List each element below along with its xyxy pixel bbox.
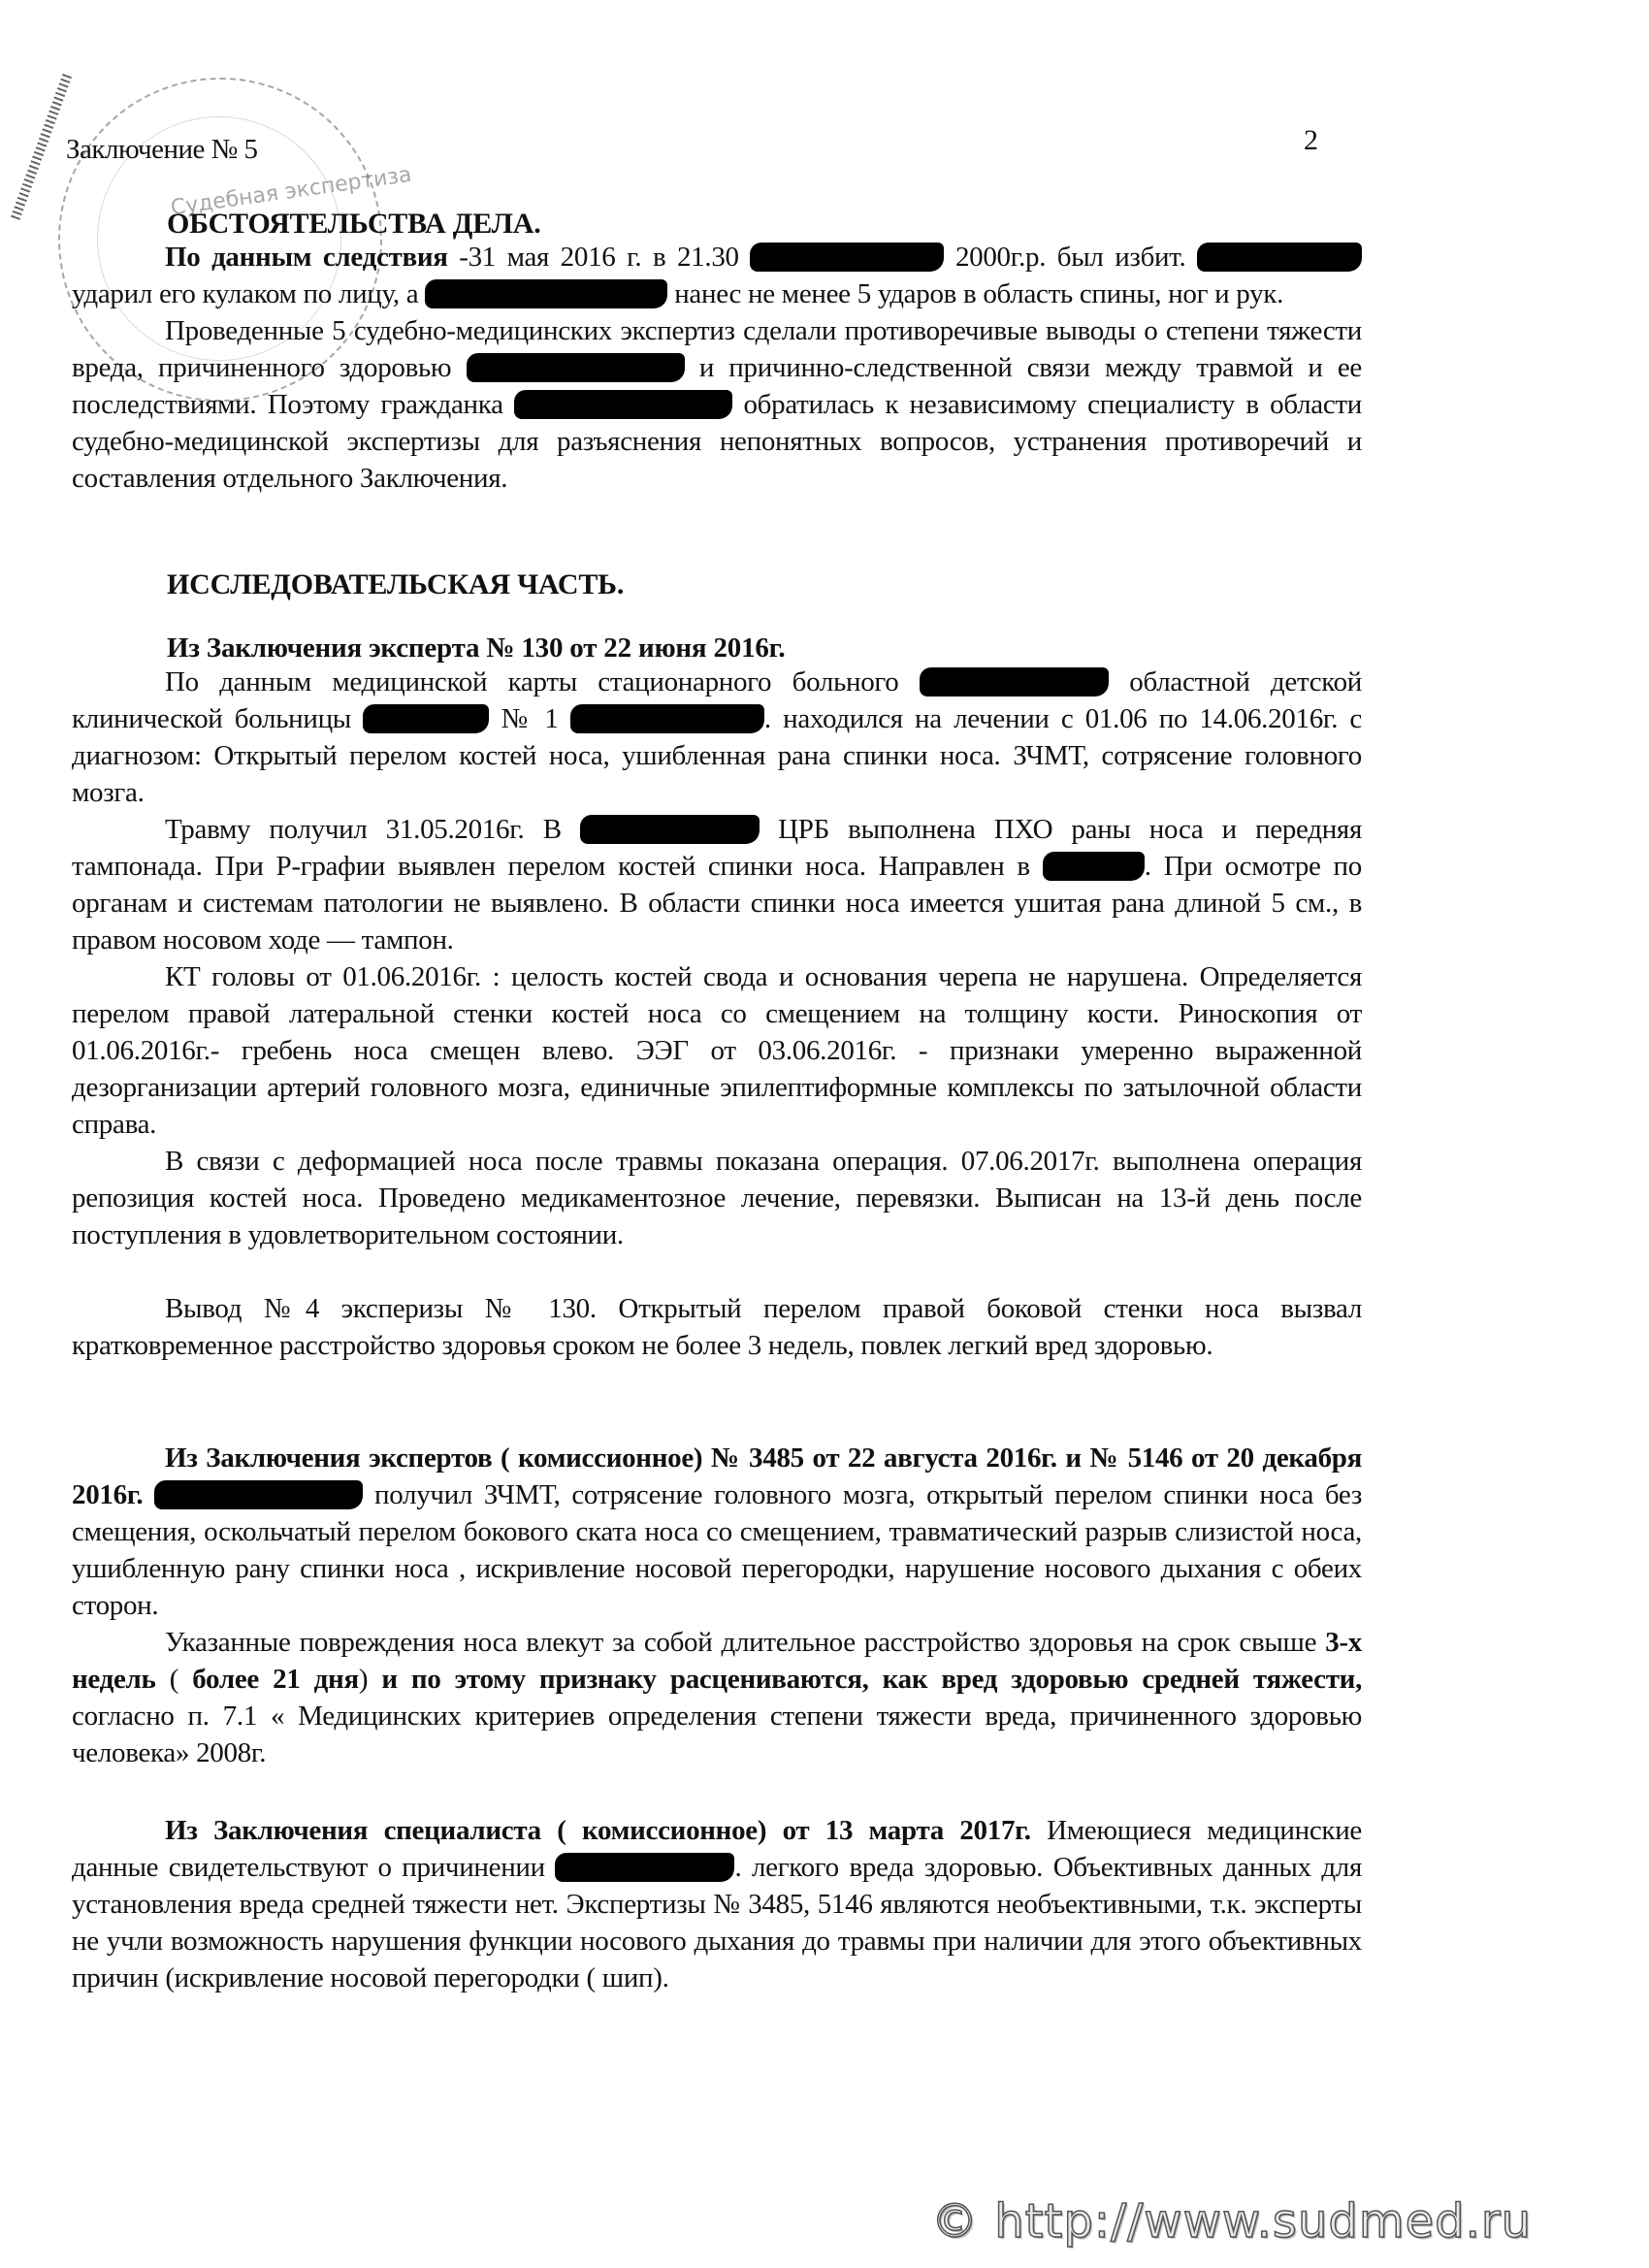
circumstances-body: По данным следствия -31 мая 2016 г. в 21… <box>72 239 1362 497</box>
specialist-paragraph: Из Заключения специалиста ( комиссионное… <box>72 1812 1362 1996</box>
circumstances-paragraph-2: Проведенные 5 судебно-медицинских экспер… <box>72 312 1362 497</box>
section-heading-circumstances: ОБСТОЯТЕЛЬСТВА ДЕЛА. <box>167 208 541 241</box>
expert-130-paragraph-2: Травму получил 31.05.2016г. В ЦРБ выполн… <box>72 811 1362 958</box>
redacted-name <box>154 1480 363 1509</box>
redacted-name <box>467 353 685 382</box>
redacted-place <box>580 815 760 844</box>
redacted-name <box>570 704 764 733</box>
expert-130-paragraph-1: По данным медицинской карты стационарног… <box>72 664 1362 811</box>
specialist-body: Из Заключения специалиста ( комиссионное… <box>72 1812 1362 1996</box>
redacted-name <box>363 704 489 733</box>
document-header-title: Заключение № 5 <box>66 134 258 166</box>
circumstances-paragraph-1: По данным следствия -31 мая 2016 г. в 21… <box>72 239 1362 312</box>
commission-paragraph-1: Из Заключения экспертов ( комиссионное) … <box>72 1440 1362 1624</box>
commission-body: Из Заключения экспертов ( комиссионное) … <box>72 1440 1362 1771</box>
specialist-subheading: Из Заключения специалиста ( комиссионное… <box>165 1815 1031 1846</box>
lead-text: По данным следствия <box>165 242 448 273</box>
subheading-expert-130: Из Заключения эксперта № 130 от 22 июня … <box>167 632 785 664</box>
redacted-name <box>555 1853 734 1882</box>
expert-130-paragraph-3: КТ головы от 01.06.2016г. : целость кост… <box>72 958 1362 1143</box>
redacted-name <box>920 667 1109 697</box>
redacted-name <box>1197 243 1362 272</box>
section-heading-research: ИССЛЕДОВАТЕЛЬСКАЯ ЧАСТЬ. <box>167 568 624 601</box>
page-number: 2 <box>1304 124 1318 157</box>
expert-130-body: По данным медицинской карты стационарног… <box>72 664 1362 1364</box>
redacted-name <box>425 279 667 308</box>
commission-paragraph-2: Указанные повреждения носа влекут за соб… <box>72 1624 1362 1771</box>
expert-130-conclusion: Вывод №4 эксперизы № 130. Открытый перел… <box>72 1290 1362 1364</box>
redacted-name <box>750 243 944 272</box>
watermark-sudmed: © http://www.sudmed.ru <box>931 2194 1532 2249</box>
redacted-name <box>514 390 732 419</box>
document-page: Судебная экспертиза Заключение № 5 2 ОБС… <box>0 0 1649 2268</box>
expert-130-paragraph-4: В связи с деформацией носа после травмы … <box>72 1143 1362 1253</box>
redacted-place <box>1043 852 1145 881</box>
